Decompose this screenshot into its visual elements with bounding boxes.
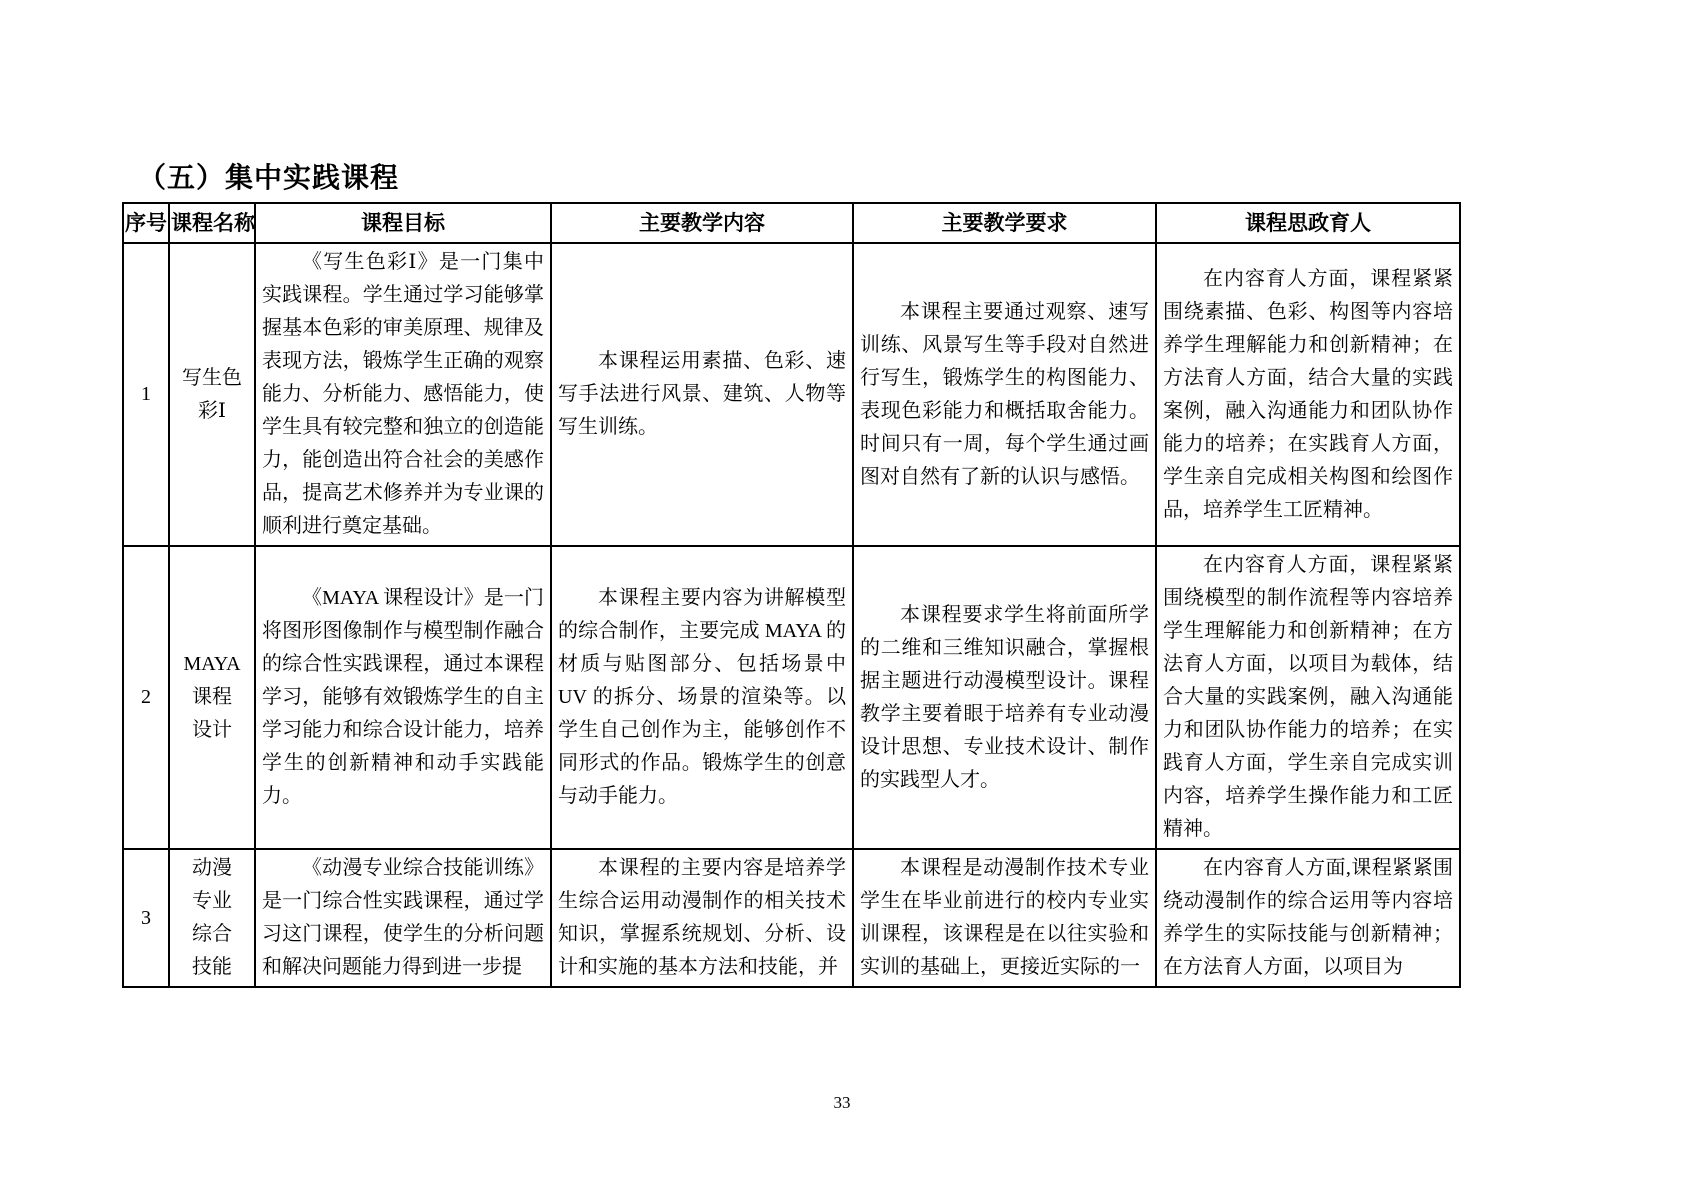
teaching-requirement: 本课程是动漫制作技术专业学生在毕业前进行的校内专业实训课程，该课程是在以往实验和…	[853, 849, 1156, 987]
document-page: （五）集中实践课程 序号 课程名称 课程目标 主要教学内容 主要教学要求 课程思…	[0, 0, 1684, 1191]
ideology-education: 在内容育人方面，课程紧紧围绕素描、色彩、构图等内容培养学生理解能力和创新精神；在…	[1156, 243, 1460, 546]
teaching-content: 本课程主要内容为讲解模型的综合制作，主要完成 MAYA 的材质与贴图部分、包括场…	[551, 546, 853, 849]
ideology-education: 在内容育人方面,课程紧紧围绕动漫制作的综合运用等内容培养学生的实际技能与创新精神…	[1156, 849, 1460, 987]
practice-course-table: 序号 课程名称 课程目标 主要教学内容 主要教学要求 课程思政育人 1 写生色 …	[122, 202, 1461, 988]
col-header-ideology: 课程思政育人	[1156, 203, 1460, 243]
teaching-content: 本课程的主要内容是培养学生综合运用动漫制作的相关技术知识，掌握系统规划、分析、设…	[551, 849, 853, 987]
row-index: 1	[123, 243, 169, 546]
table-row-1: 1 写生色 彩Ⅰ 《写生色彩Ⅰ》是一门集中实践课程。学生通过学习能够掌握基本色彩…	[123, 243, 1460, 546]
row-index: 3	[123, 849, 169, 987]
course-objective: 《MAYA 课程设计》是一门将图形图像制作与模型制作融合的综合性实践课程，通过本…	[255, 546, 551, 849]
course-objective: 《写生色彩Ⅰ》是一门集中实践课程。学生通过学习能够掌握基本色彩的审美原理、规律及…	[255, 243, 551, 546]
course-name: MAYA 课程 设计	[169, 546, 255, 849]
teaching-requirement: 本课程主要通过观察、速写训练、风景写生等手段对自然进行写生，锻炼学生的构图能力、…	[853, 243, 1156, 546]
col-header-objective: 课程目标	[255, 203, 551, 243]
teaching-requirement: 本课程要求学生将前面所学的二维和三维知识融合，掌握根据主题进行动漫模型设计。课程…	[853, 546, 1156, 849]
section-title: （五）集中实践课程	[138, 156, 399, 196]
ideology-education: 在内容育人方面，课程紧紧围绕模型的制作流程等内容培养学生理解能力和创新精神；在方…	[1156, 546, 1460, 849]
table-row-3: 3 动漫 专业 综合 技能 《动漫专业综合技能训练》是一门综合性实践课程，通过学…	[123, 849, 1460, 987]
course-name: 动漫 专业 综合 技能	[169, 849, 255, 987]
col-header-index: 序号	[123, 203, 169, 243]
table-row-2: 2 MAYA 课程 设计 《MAYA 课程设计》是一门将图形图像制作与模型制作融…	[123, 546, 1460, 849]
col-header-course-name: 课程名称	[169, 203, 255, 243]
teaching-content: 本课程运用素描、色彩、速写手法进行风景、建筑、人物等写生训练。	[551, 243, 853, 546]
course-objective: 《动漫专业综合技能训练》是一门综合性实践课程，通过学习这门课程，使学生的分析问题…	[255, 849, 551, 987]
page-number: 33	[0, 1093, 1684, 1113]
row-index: 2	[123, 546, 169, 849]
col-header-requirement: 主要教学要求	[853, 203, 1156, 243]
course-name: 写生色 彩Ⅰ	[169, 243, 255, 546]
col-header-content: 主要教学内容	[551, 203, 853, 243]
table-header-row: 序号 课程名称 课程目标 主要教学内容 主要教学要求 课程思政育人	[123, 203, 1460, 243]
